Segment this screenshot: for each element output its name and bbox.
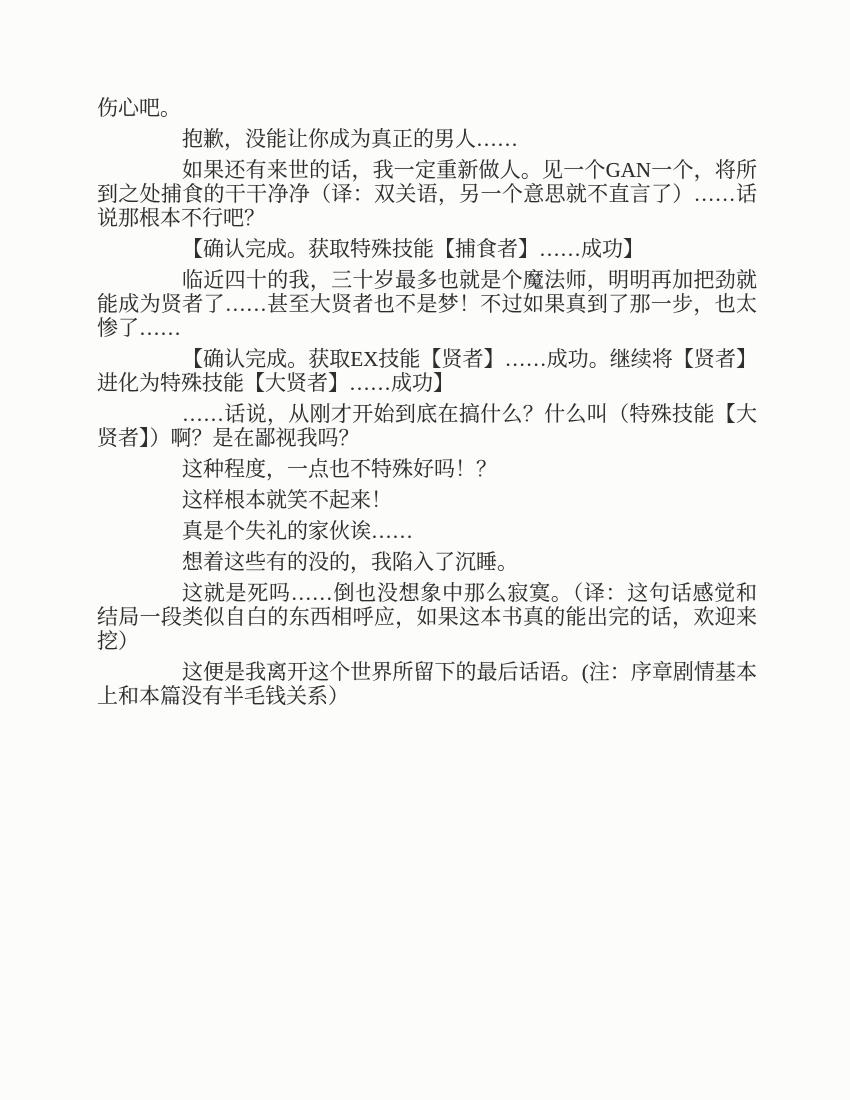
paragraph: 真是个失礼的家伙诶…… xyxy=(97,519,757,543)
paragraph: 如果还有来世的话，我一定重新做人。见一个GAN一个，将所到之处捕食的干干净净（译… xyxy=(97,158,757,230)
paragraph: 这样根本就笑不起来！ xyxy=(97,488,757,512)
paragraph: 想着这些有的没的，我陷入了沉睡。 xyxy=(97,550,757,574)
paragraph: 这便是我离开这个世界所留下的最后话语。(注：序章剧情基本上和本篇没有半毛钱关系） xyxy=(97,660,757,708)
paragraph: 【确认完成。获取EX技能【贤者】……成功。继续将【贤者】进化为特殊技能【大贤者】… xyxy=(97,347,757,395)
document-page: 伤心吧。 抱歉，没能让你成为真正的男人…… 如果还有来世的话，我一定重新做人。见… xyxy=(0,0,850,1100)
paragraph: 临近四十的我，三十岁最多也就是个魔法师，明明再加把劲就能成为贤者了……甚至大贤者… xyxy=(97,268,757,340)
paragraph: 抱歉，没能让你成为真正的男人…… xyxy=(97,127,757,151)
paragraph: 伤心吧。 xyxy=(97,96,757,120)
paragraph: 这就是死吗……倒也没想象中那么寂寞。（译：这句话感觉和结局一段类似自白的东西相呼… xyxy=(97,581,757,653)
text-body: 伤心吧。 抱歉，没能让你成为真正的男人…… 如果还有来世的话，我一定重新做人。见… xyxy=(97,96,757,715)
paragraph: 【确认完成。获取特殊技能【捕食者】……成功】 xyxy=(97,237,757,261)
paragraph: 这种程度，一点也不特殊好吗！？ xyxy=(97,457,757,481)
paragraph: ……话说，从刚才开始到底在搞什么？什么叫（特殊技能【大贤者】）啊？是在鄙视我吗？ xyxy=(97,402,757,450)
